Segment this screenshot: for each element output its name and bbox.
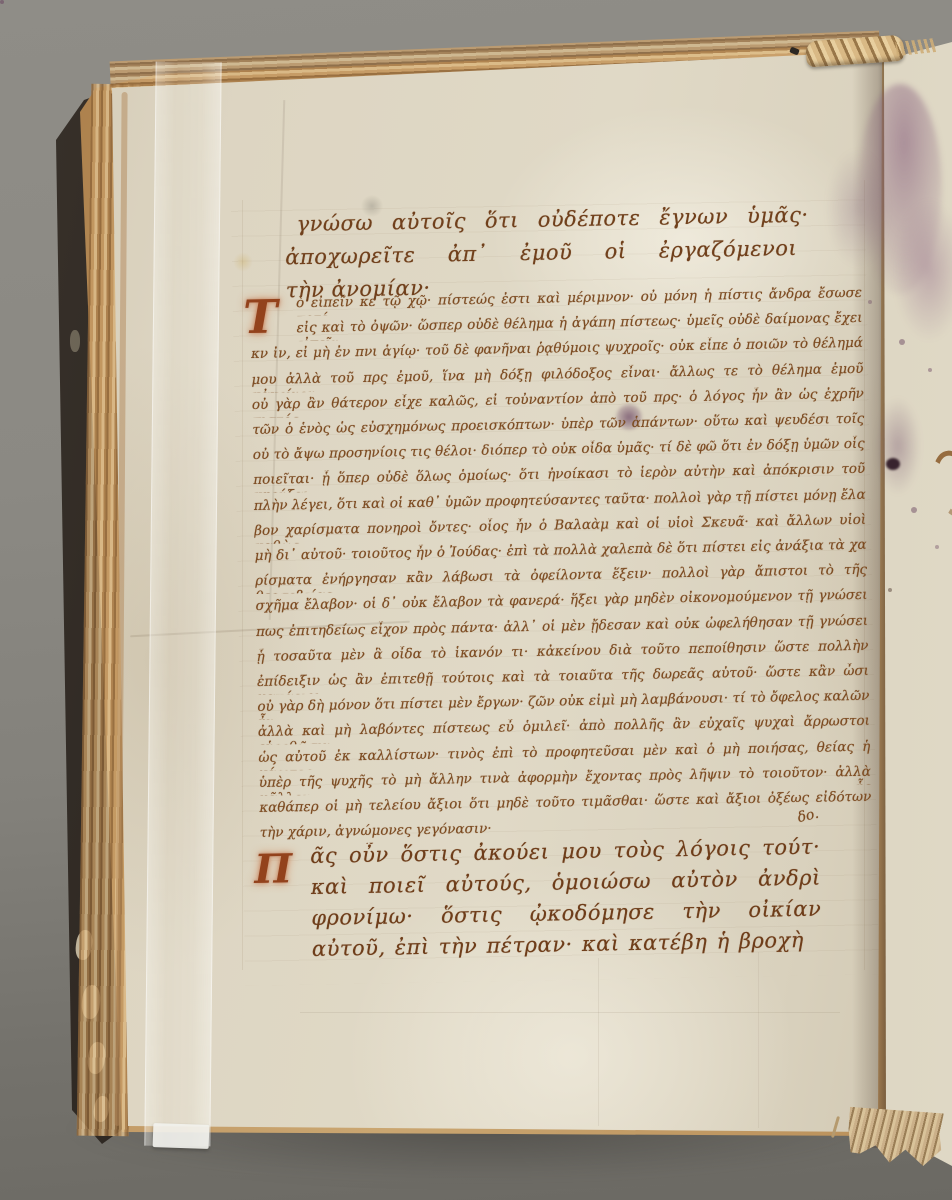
marginal-abbreviation: δο. <box>796 806 820 826</box>
stain-specks <box>0 0 4 4</box>
rubric-top-line: ἀποχωρεῖτε ἀπ᾽ ἐμοῦ οἱ ἐργαζόμενοι <box>285 236 797 275</box>
manuscript-photo: γνώσω αὐτοῖς ὅτι οὐδέποτε ἔγνων ὑμᾶς· ἀπ… <box>0 0 952 1200</box>
rubric-initial-pi: Π <box>254 845 293 893</box>
rubric-initial-tau: Τ <box>243 290 278 345</box>
text-layer: γνώσω αὐτοῖς ὅτι οὐδέποτε ἔγνων ὑμᾶς· ἀπ… <box>0 0 952 1200</box>
